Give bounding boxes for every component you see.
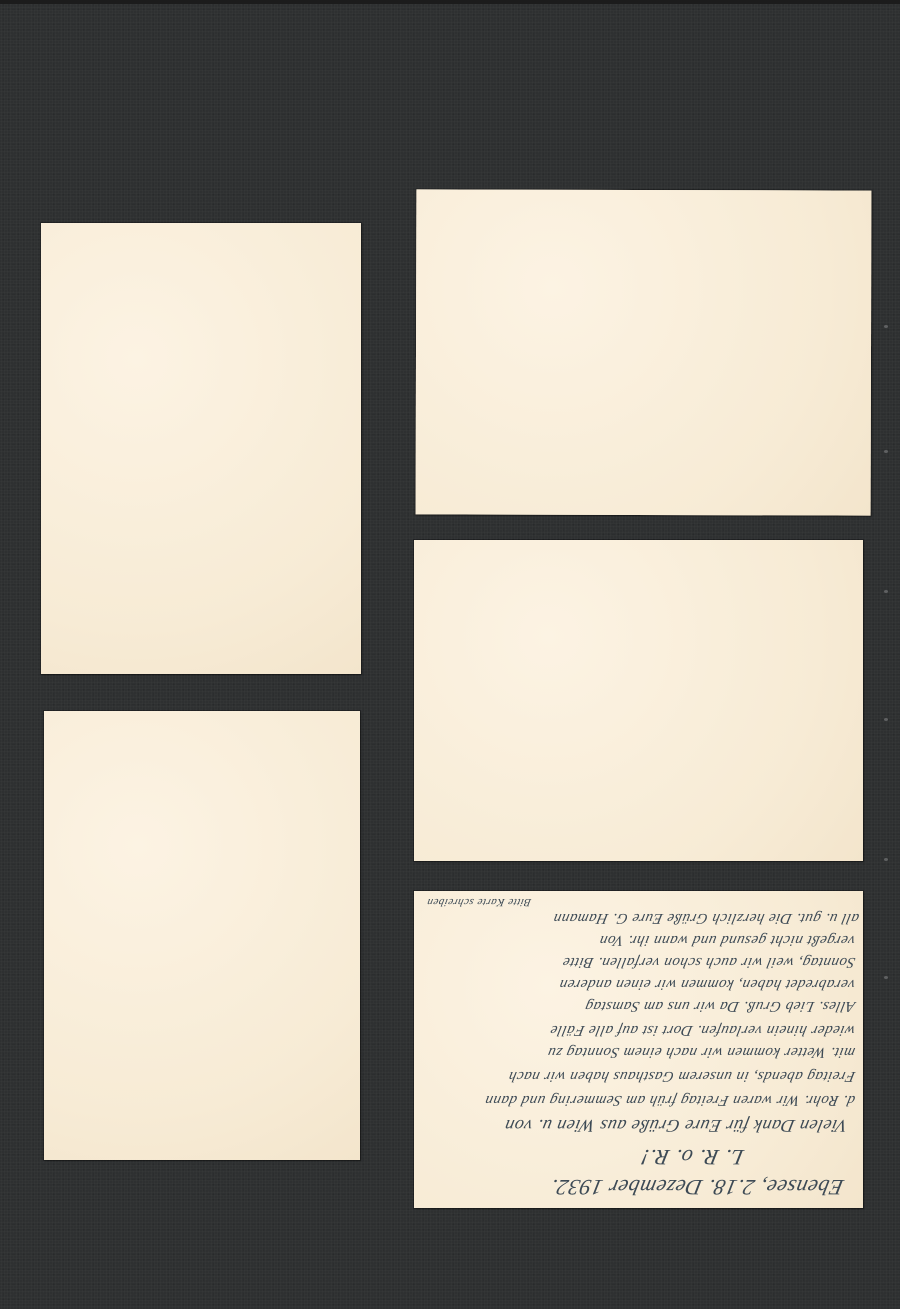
binder-hole	[884, 590, 888, 593]
binder-hole	[884, 325, 888, 328]
scan-top-edge	[0, 0, 900, 4]
binder-hole	[884, 718, 888, 721]
postcard-blank-landscape-top-right	[416, 189, 872, 515]
handwritten-postscript: wegen Zusammenkunft.	[414, 891, 863, 1208]
postcard-handwritten: Ebensee, 2.18. Dezember 1932. L. R. o. R…	[414, 891, 863, 1208]
postcard-blank-landscape-middle-right	[414, 540, 863, 861]
postcard-blank-portrait-bottom-left	[44, 711, 360, 1160]
postcard-blank-portrait-top-left	[41, 223, 361, 674]
binder-hole	[884, 450, 888, 453]
binder-hole	[884, 858, 888, 861]
binder-hole	[884, 976, 888, 979]
